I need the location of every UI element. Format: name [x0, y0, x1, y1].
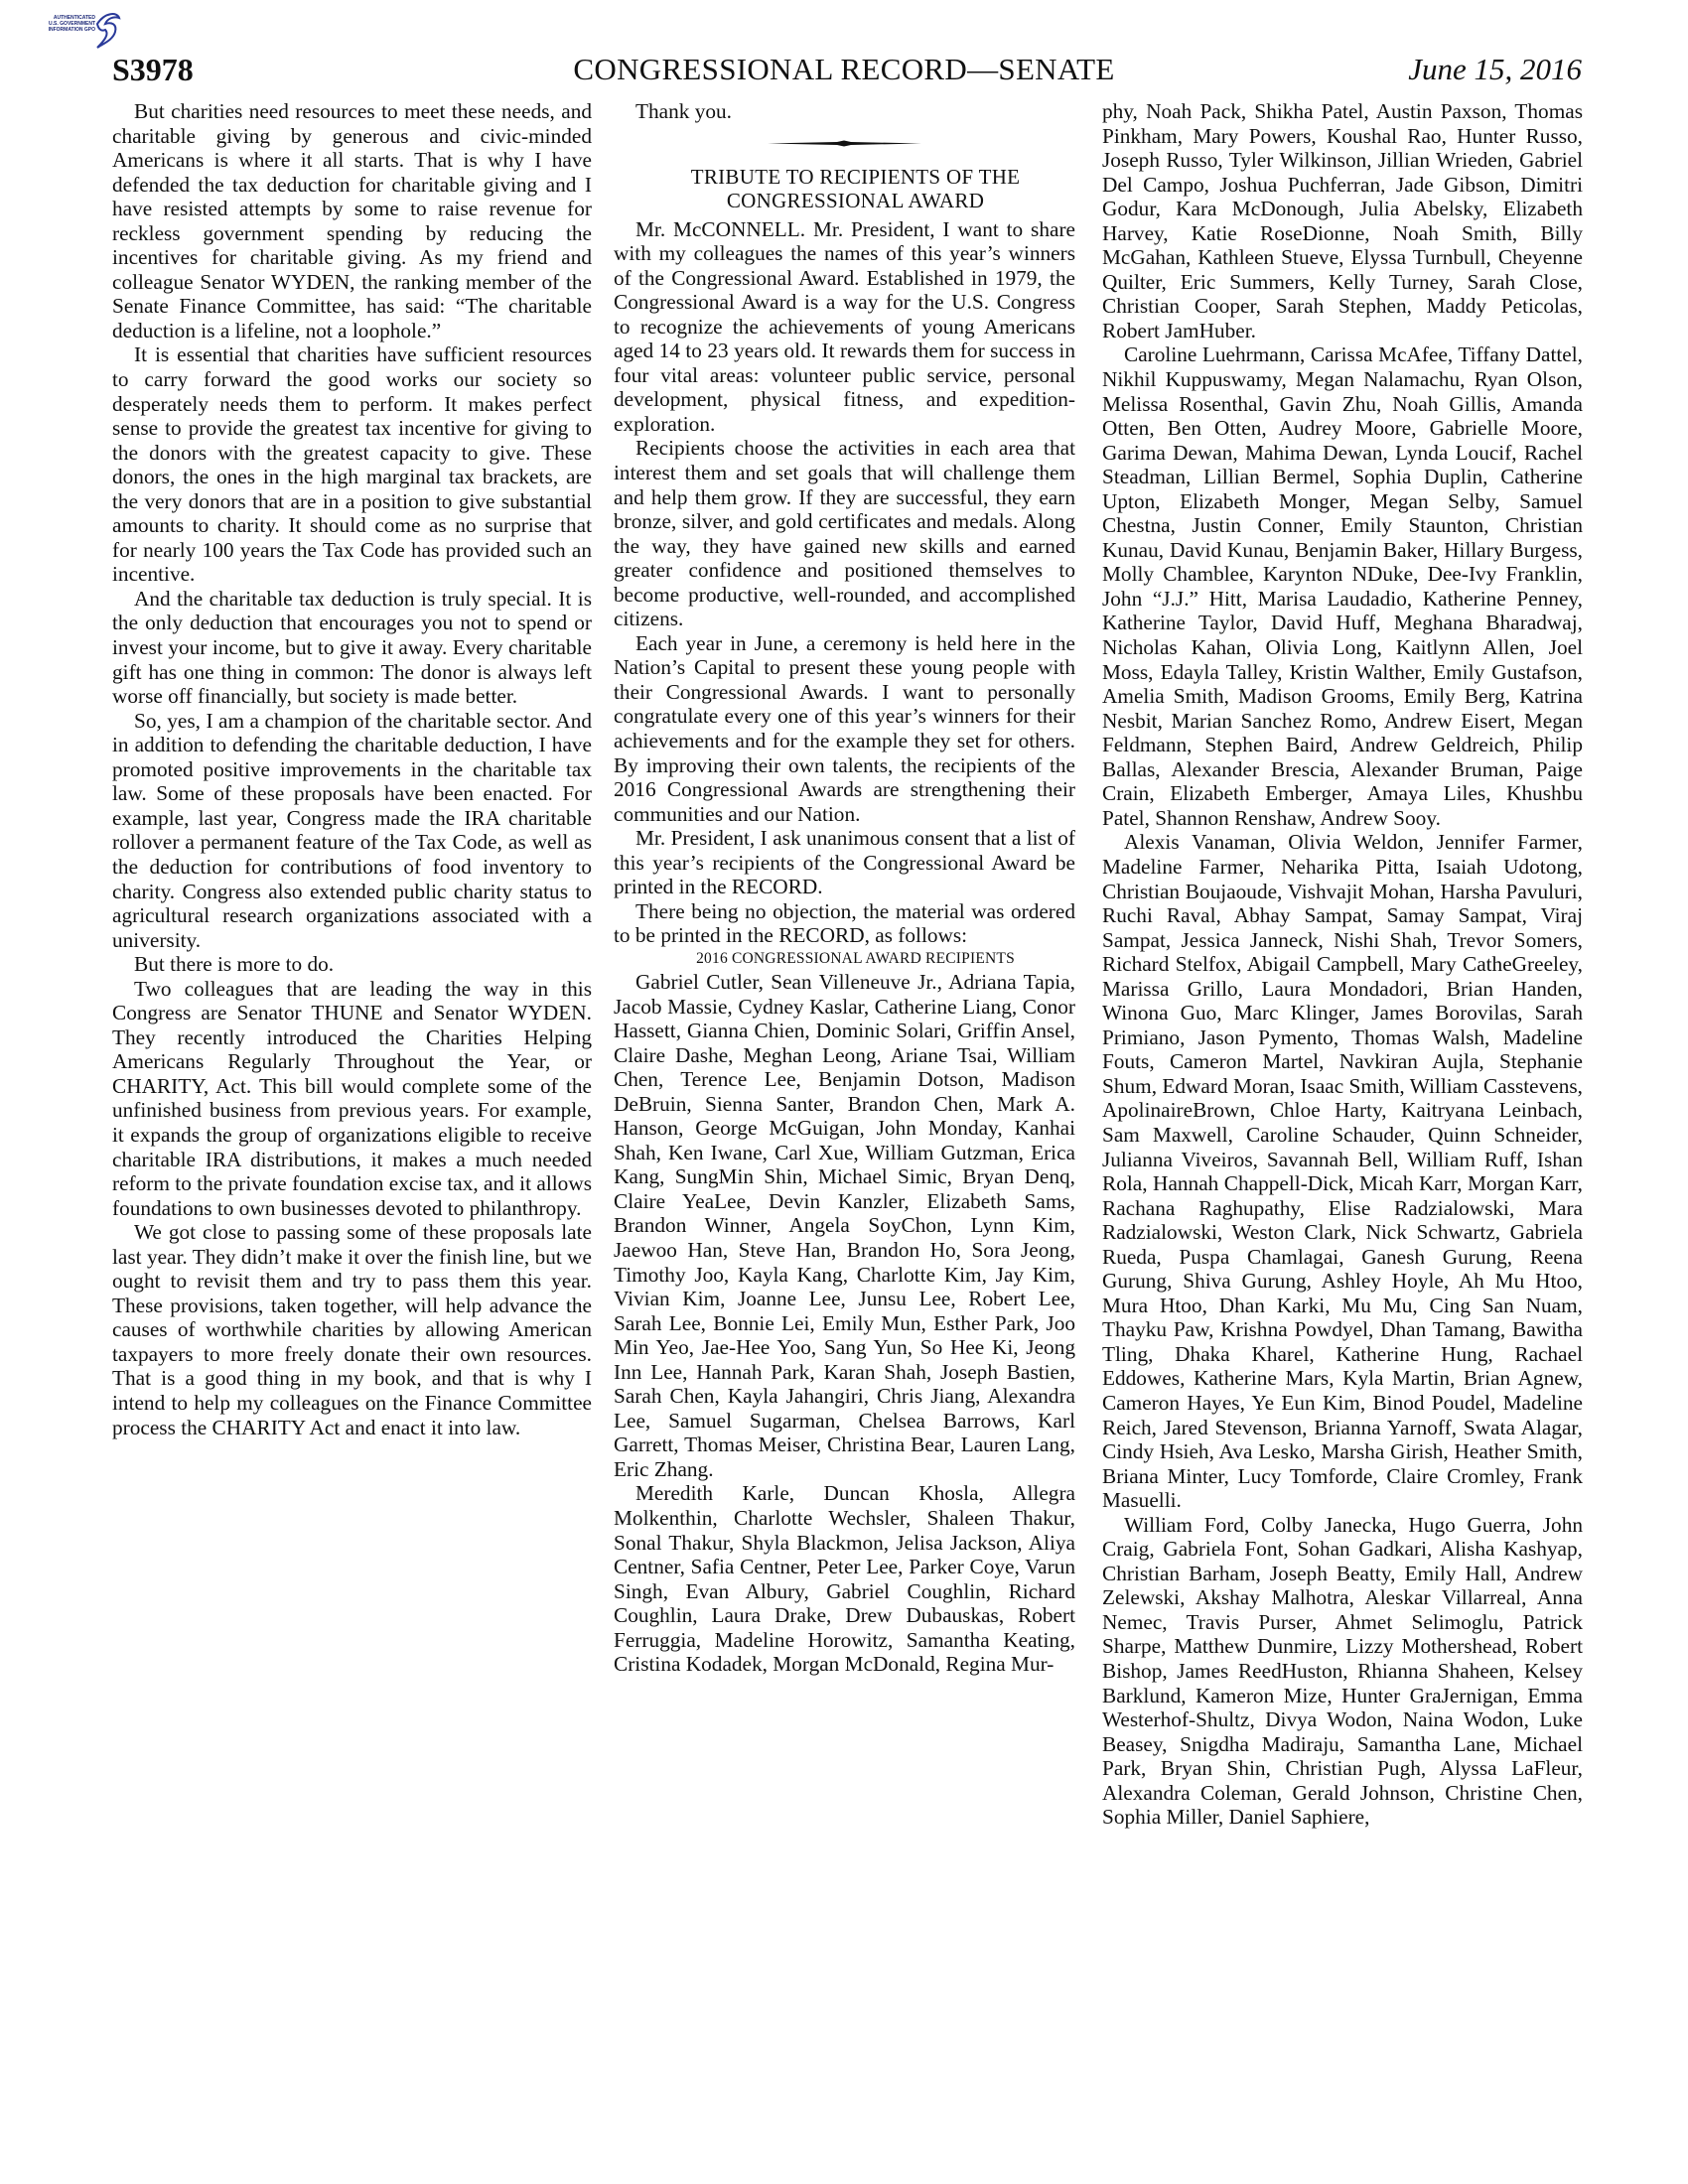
gpo-logo-text: AUTHENTICATED U.S. GOVERNMENT INFORMATIO… — [44, 15, 95, 33]
recipients-paragraph: Meredith Karle, Duncan Khosla, Allegra M… — [614, 1481, 1075, 1676]
page-header: CONGRESSIONAL RECORD—SENATE S3978 June 1… — [0, 52, 1688, 91]
section-title-line-1: TRIBUTE TO RECIPIENTS OF THE — [614, 165, 1075, 190]
paragraph: And the charitable tax deduction is trul… — [112, 587, 592, 709]
gpo-authenticated-logo: AUTHENTICATED U.S. GOVERNMENT INFORMATIO… — [44, 10, 129, 50]
paragraph: But there is more to do. — [112, 952, 592, 977]
recipients-paragraph: Gabriel Cutler, Sean Villeneuve Jr., Adr… — [614, 970, 1075, 1481]
paragraph: Each year in June, a ceremony is held he… — [614, 631, 1075, 826]
paragraph: There being no objection, the material w… — [614, 899, 1075, 948]
page-number: S3978 — [112, 52, 194, 88]
paragraph: Two colleagues that are leading the way … — [112, 977, 592, 1220]
recipients-paragraph: William Ford, Colby Janecka, Hugo Guerra… — [1102, 1513, 1583, 1830]
section-divider — [768, 140, 921, 147]
recipients-paragraph: Caroline Luehrmann, Carissa McAfee, Tiff… — [1102, 342, 1583, 830]
publication-date: June 15, 2016 — [1408, 52, 1582, 87]
column-2: Thank you. TRIBUTE TO RECIPIENTS OF THE … — [614, 99, 1075, 1677]
eagle-icon — [93, 10, 123, 50]
paragraph: So, yes, I am a champion of the charitab… — [112, 709, 592, 952]
paragraph: Mr. McCONNELL. Mr. President, I want to … — [614, 217, 1075, 437]
paragraph: Recipients choose the activities in each… — [614, 436, 1075, 630]
recipients-paragraph: Alexis Vanaman, Olivia Weldon, Jennifer … — [1102, 830, 1583, 1512]
column-3: phy, Noah Pack, Shikha Patel, Austin Pax… — [1102, 99, 1583, 1830]
paragraph: Mr. President, I ask unanimous consent t… — [614, 826, 1075, 899]
section-title-line-2: CONGRESSIONAL AWARD — [614, 189, 1075, 213]
closing-line: Thank you. — [614, 99, 1075, 124]
paragraph: We got close to passing some of these pr… — [112, 1220, 592, 1439]
paragraph: It is essential that charities have suff… — [112, 342, 592, 586]
recipients-paragraph-continued: phy, Noah Pack, Shikha Patel, Austin Pax… — [1102, 99, 1583, 342]
column-1: But charities need resources to meet the… — [112, 99, 592, 1439]
recipients-list-title: 2016 CONGRESSIONAL AWARD RECIPIENTS — [614, 948, 1075, 970]
paragraph: But charities need resources to meet the… — [112, 99, 592, 342]
